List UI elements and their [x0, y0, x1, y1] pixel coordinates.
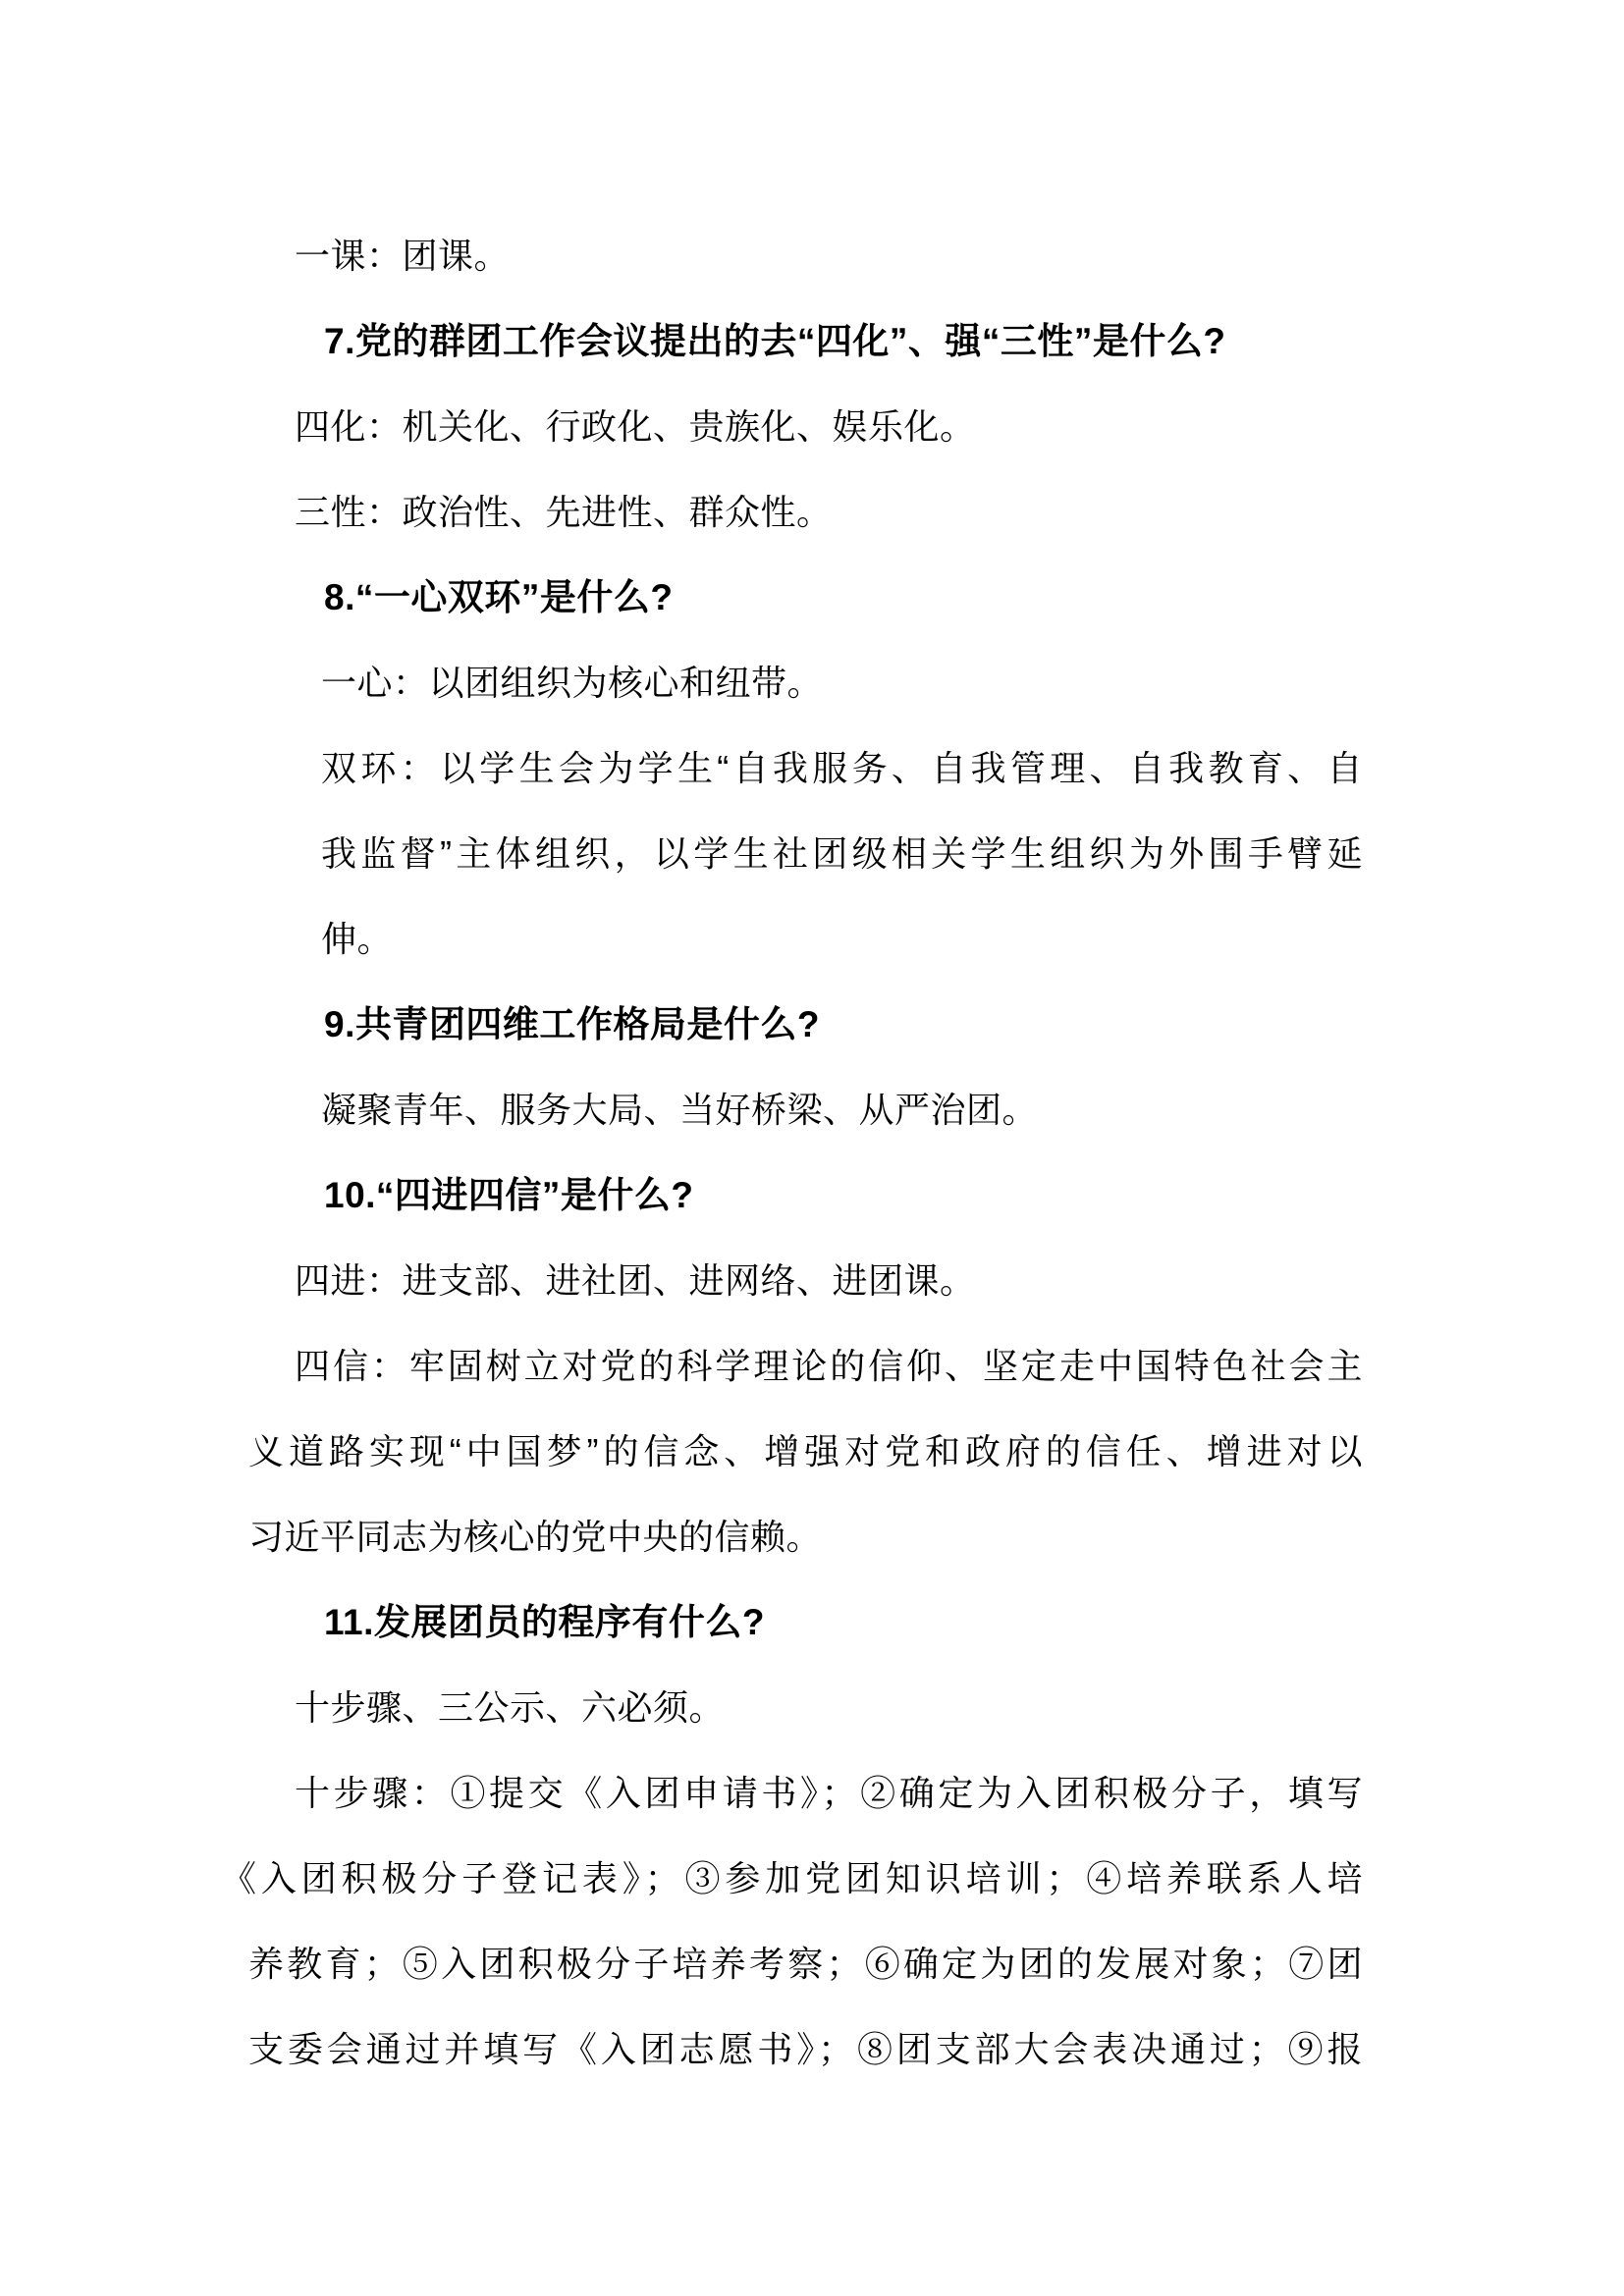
heading-line: 7.党的群团工作会议提出的去“四化”、强“三性”是什么? [324, 319, 1225, 364]
text-line: 四信：牢固树立对党的科学理论的信仰、坚定走中国特色社会主 [295, 1344, 1363, 1389]
text-line: 支委会通过并填写《入团志愿书》；⑧团支部大会表决通过；⑨报 [248, 2027, 1363, 2072]
text-line: 养教育；⑤入团积极分子培养考察；⑥确定为团的发展对象；⑦团 [248, 1942, 1363, 1987]
heading-line: 11.发展团员的程序有什么? [324, 1600, 765, 1645]
text-line: 凝聚青年、服务大局、当好桥梁、从严治团。 [321, 1088, 1038, 1133]
text-line: 四化：机关化、行政化、贵族化、娱乐化。 [295, 404, 976, 450]
text-line: 十步骤：①提交《入团申请书》；②确定为入团积极分子，填写 [295, 1771, 1363, 1816]
text-line: 习近平同志为核心的党中央的信赖。 [248, 1515, 822, 1560]
text-line: 我监督”主体组织，以学生社团级相关学生组织为外围手臂延 [321, 831, 1363, 877]
text-line: 一课：团课。 [295, 234, 510, 279]
text-line: 义道路实现“中国梦”的信念、增强对党和政府的信任、增进对以 [248, 1429, 1363, 1474]
text-line: 十步骤、三公示、六必须。 [295, 1685, 725, 1731]
heading-line: 8.“一心双环”是什么? [324, 575, 673, 620]
text-line: 双环：以学生会为学生“自我服务、自我管理、自我教育、自 [321, 746, 1363, 791]
document-page: 一课：团课。7.党的群团工作会议提出的去“四化”、强“三性”是什么?四化：机关化… [0, 0, 1624, 2296]
heading-line: 9.共青团四维工作格局是什么? [324, 1002, 820, 1047]
text-line: 《入团积极分子登记表》；③参加党团知识培训；④培养联系人培 [221, 1856, 1363, 1901]
text-line: 四进：进支部、进社团、进网络、进团课。 [295, 1258, 976, 1304]
text-line: 伸。 [321, 917, 393, 962]
text-line: 三性：政治性、先进性、群众性。 [295, 490, 833, 535]
text-line: 一心：以团组织为核心和纽带。 [321, 661, 823, 706]
heading-line: 10.“四进四信”是什么? [324, 1173, 694, 1218]
